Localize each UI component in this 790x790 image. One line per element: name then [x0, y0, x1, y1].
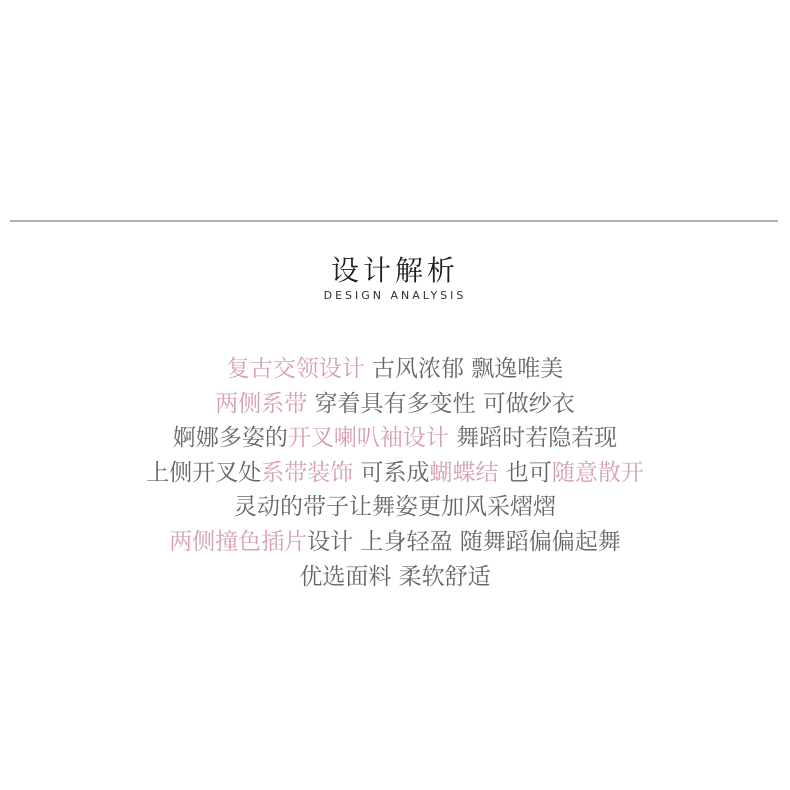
design-point-line: 两侧撞色插片设计 上身轻盈 随舞蹈偏偏起舞: [0, 525, 790, 560]
accent-text-segment: 随意散开: [552, 460, 644, 486]
text-segment: 也可: [499, 460, 552, 486]
text-segment: 设计 上身轻盈 随舞蹈偏偏起舞: [307, 529, 621, 555]
text-segment: 婀娜多姿的: [173, 425, 288, 451]
accent-text-segment: 两侧系带: [215, 391, 307, 417]
design-point-line: 复古交领设计 古风浓郁 飘逸唯美: [0, 352, 790, 387]
text-segment: 舞蹈时若隐若现: [449, 425, 617, 451]
text-segment: 灵动的带子让舞姿更加风采熠熠: [234, 494, 556, 520]
text-segment: 古风浓郁 飘逸唯美: [365, 356, 564, 382]
accent-text-segment: 系带装饰: [261, 460, 353, 486]
design-point-line: 灵动的带子让舞姿更加风采熠熠: [0, 490, 790, 525]
top-divider: [10, 220, 778, 222]
design-analysis-page: { "colors": { "accent_pink": "#d5a0ad", …: [0, 0, 790, 790]
design-point-line: 两侧系带 穿着具有多变性 可做纱衣: [0, 387, 790, 422]
accent-text-segment: 复古交领设计: [227, 356, 365, 382]
text-segment: 穿着具有多变性 可做纱衣: [307, 391, 575, 417]
design-point-line: 婀娜多姿的开叉喇叭袖设计 舞蹈时若隐若现: [0, 421, 790, 456]
accent-text-segment: 开叉喇叭袖设计: [288, 425, 449, 451]
text-segment: 可系成: [353, 460, 429, 486]
accent-text-segment: 蝴蝶结: [430, 460, 499, 486]
section-subtitle: DESIGN ANALYSIS: [0, 289, 790, 302]
section-title: 设计解析: [0, 249, 790, 289]
design-point-line: 上侧开叉处系带装饰 可系成蝴蝶结 也可随意散开: [0, 456, 790, 491]
design-point-line: 优选面料 柔软舒适: [0, 560, 790, 595]
text-segment: 上侧开叉处: [146, 460, 261, 486]
design-points-list: 复古交领设计 古风浓郁 飘逸唯美两侧系带 穿着具有多变性 可做纱衣婀娜多姿的开叉…: [0, 352, 790, 594]
text-segment: 优选面料 柔软舒适: [299, 564, 490, 590]
accent-text-segment: 两侧撞色插片: [169, 529, 307, 555]
